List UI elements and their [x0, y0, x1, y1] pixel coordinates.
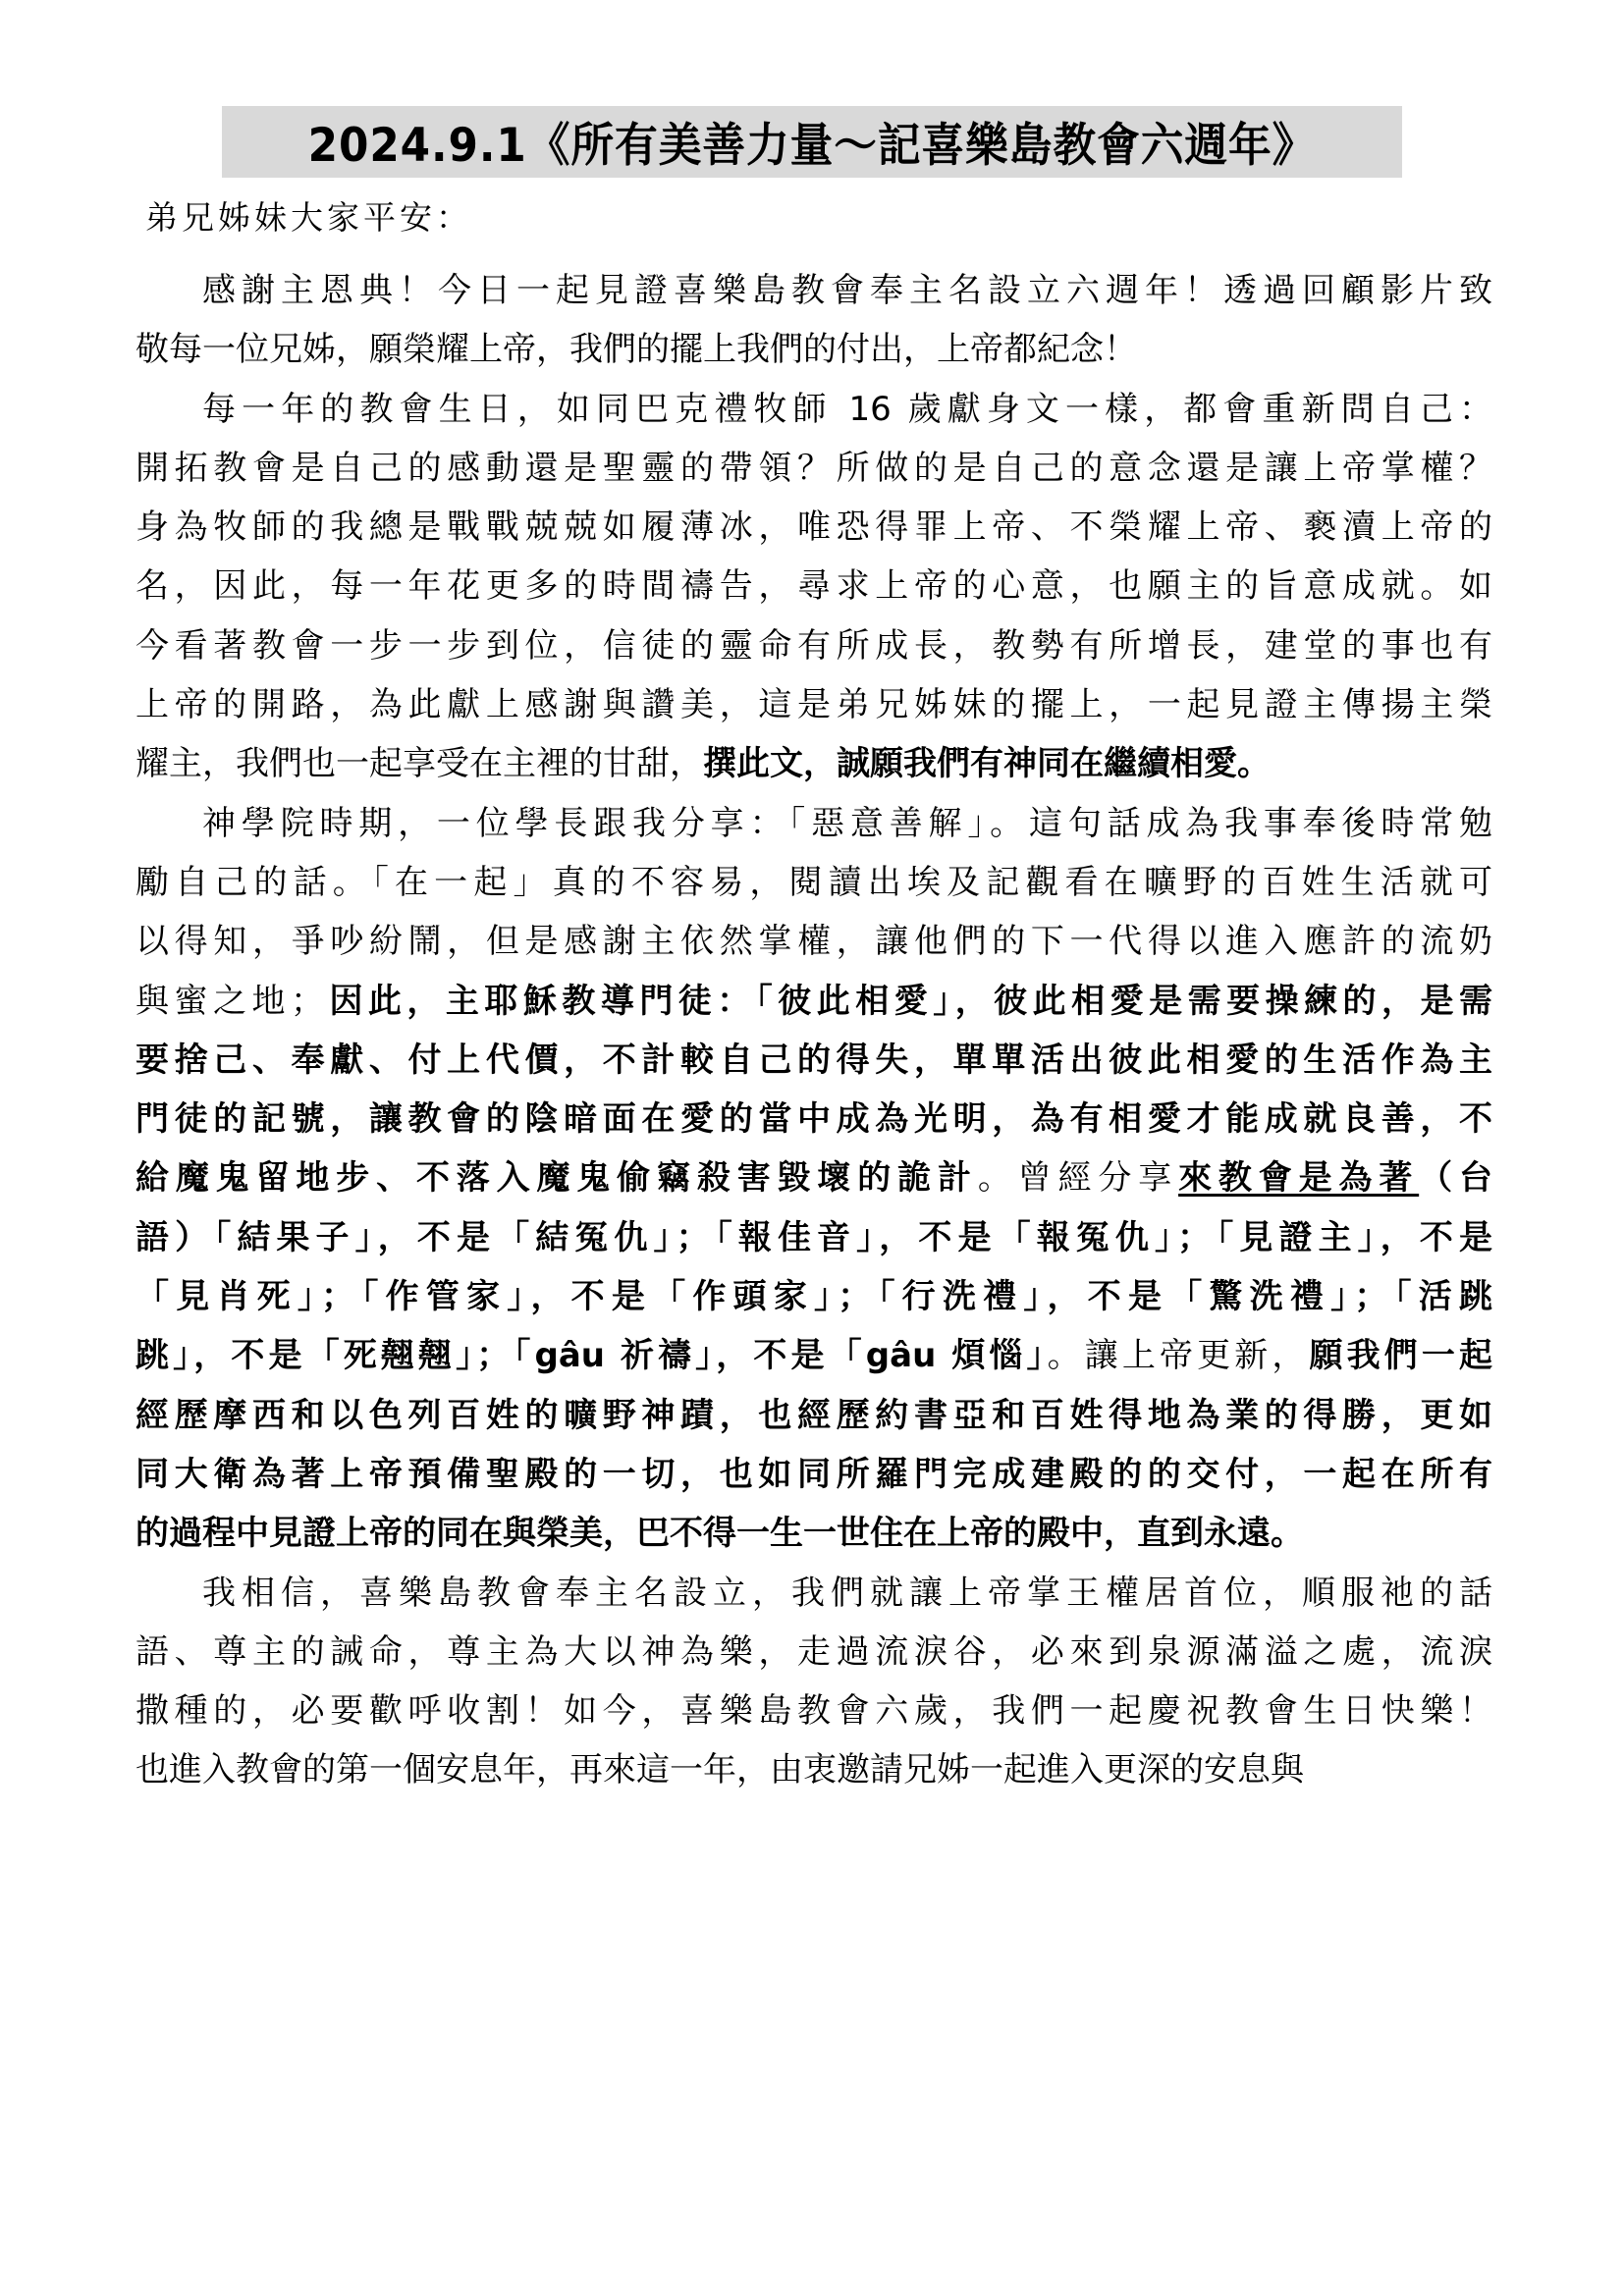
text-run: 開拓教會是自己的感動還是聖靈的帶領？所做的是自己的意念還是讓上帝掌權？ — [135, 449, 1492, 488]
paragraph-3-line: 同大衛為著上帝預備聖殿的一切，也如同所羅門完成建殿的的交付，一起在所有 — [135, 1445, 1492, 1504]
bold-phrase: 願我們一起 — [1310, 1336, 1493, 1375]
bold-phrase: 給魔鬼留地步、不落入魔鬼偷竊殺害毀壞的詭計 — [135, 1158, 978, 1198]
paragraph-3-line: 神學院時期，一位學長跟我分享：「惡意善解」。這句話成為我事奉後時常勉 — [135, 794, 1492, 853]
bold-phrase: 「見肖死」；「作管家」，不是「作頭家」；「行洗禮」，不是「驚洗禮」；「活跳 — [135, 1277, 1492, 1316]
greeting-line: 弟兄姊妹大家平安： — [145, 192, 472, 239]
paragraph-2-line: 名，因此，每一年花更多的時間禱告，尋求上帝的心意，也願主的旨意成就。如 — [135, 557, 1492, 615]
text-run: 撒種的，必要歡呼收割！如今，喜樂島教會六歲，我們一起慶祝教會生日快樂！ — [135, 1691, 1492, 1731]
bold-phrase: （台 — [1419, 1158, 1492, 1198]
text-run: 。曾經分享 — [978, 1158, 1178, 1198]
text-run: 也進入教會的第一個安息年，再來這一年，由衷邀請兄姊一起進入更深的安息與 — [135, 1750, 1304, 1789]
text-run: 與蜜之地； — [135, 982, 324, 1021]
paragraph-3-line: 「見肖死」；「作管家」，不是「作頭家」；「行洗禮」，不是「驚洗禮」；「活跳 — [135, 1267, 1492, 1326]
bold-phrase: 跳」，不是「死翹翹」；「gâu 祈禱」，不是「gâu 煩惱」 — [135, 1336, 1048, 1375]
paragraph-3-line: 給魔鬼留地步、不落入魔鬼偷竊殺害毀壞的詭計。曾經分享來教會是為著（台 — [135, 1148, 1492, 1207]
text-run: 敬每一位兄姊，願榮耀上帝，我們的擺上我們的付出，上帝都紀念！ — [135, 330, 1137, 369]
bold-phrase: 要捨己、奉獻、付上代價，不計較自己的得失，單單活出彼此相愛的生活作為主 — [135, 1041, 1492, 1080]
bold-phrase: 語）「結果子」，不是「結冤仇」；「報佳音」，不是「報冤仇」；「見證主」，不是 — [135, 1218, 1492, 1257]
bold-phrase: 經歷摩西和以色列百姓的曠野神蹟，也經歷約書亞和百姓得地為業的得勝，更如 — [135, 1396, 1492, 1435]
text-run: 每一年的教會生日，如同巴克禮牧師 16 歲獻身文一樣，都會重新問自己： — [202, 390, 1492, 429]
bold-phrase: 同大衛為著上帝預備聖殿的一切，也如同所羅門完成建殿的的交付，一起在所有 — [135, 1455, 1492, 1494]
paragraph-3-line: 勵自己的話。「在一起」真的不容易，閱讀出埃及記觀看在曠野的百姓生活就可 — [135, 853, 1492, 912]
text-run: 上帝的開路，為此獻上感謝與讚美，這是弟兄姊妹的擺上，一起見證主傳揚主榮 — [135, 685, 1492, 724]
paragraph-4-line: 撒種的，必要歡呼收割！如今，喜樂島教會六歲，我們一起慶祝教會生日快樂！ — [135, 1682, 1492, 1740]
underlined-phrase: 來教會是為著 — [1178, 1158, 1419, 1198]
paragraph-2-line: 每一年的教會生日，如同巴克禮牧師 16 歲獻身文一樣，都會重新問自己： — [135, 380, 1492, 439]
text-run: 感謝主恩典！今日一起見證喜樂島教會奉主名設立六週年！透過回顧影片致 — [202, 271, 1492, 310]
paragraph-3-line: 的過程中見證上帝的同在與榮美，巴不得一生一世住在上帝的殿中，直到永遠。 — [135, 1504, 1492, 1563]
text-run: 。讓上帝更新， — [1048, 1336, 1310, 1375]
bold-phrase: 撰此文，誠願我們有神同在繼續相愛。 — [703, 744, 1271, 783]
paragraph-3-line: 門徒的記號，讓教會的陰暗面在愛的當中成為光明，為有相愛才能成就良善，不 — [135, 1090, 1492, 1148]
bold-phrase: 的過程中見證上帝的同在與榮美，巴不得一生一世住在上帝的殿中，直到永遠。 — [135, 1514, 1304, 1553]
document-page: 2024.9.1《所有美善力量～記喜樂島教會六週年》 弟兄姊妹大家平安： 感謝主… — [0, 0, 1624, 2296]
paragraph-1-line: 感謝主恩典！今日一起見證喜樂島教會奉主名設立六週年！透過回顧影片致 — [135, 261, 1492, 320]
text-run: 勵自己的話。「在一起」真的不容易，閱讀出埃及記觀看在曠野的百姓生活就可 — [135, 863, 1492, 902]
paragraph-4-line: 也進入教會的第一個安息年，再來這一年，由衷邀請兄姊一起進入更深的安息與 — [135, 1740, 1492, 1799]
paragraph-2-line: 今看著教會一步一步到位，信徒的靈命有所成長，教勢有所增長，建堂的事也有 — [135, 616, 1492, 675]
title-banner: 2024.9.1《所有美善力量～記喜樂島教會六週年》 — [222, 106, 1402, 178]
text-run: 神學院時期，一位學長跟我分享：「惡意善解」。這句話成為我事奉後時常勉 — [202, 804, 1492, 843]
paragraph-4-line: 我相信，喜樂島教會奉主名設立，我們就讓上帝掌王權居首位，順服祂的話 — [135, 1564, 1492, 1623]
text-run: 語、尊主的誡命，尊主為大以神為樂，走過流淚谷，必來到泉源滿溢之處，流淚 — [135, 1632, 1492, 1672]
article-body: 感謝主恩典！今日一起見證喜樂島教會奉主名設立六週年！透過回顧影片致敬每一位兄姊，… — [135, 261, 1492, 1800]
paragraph-3-line: 以得知，爭吵紛鬧，但是感謝主依然掌權，讓他們的下一代得以進入應許的流奶 — [135, 912, 1492, 971]
document-title: 2024.9.1《所有美善力量～記喜樂島教會六週年》 — [308, 109, 1317, 175]
paragraph-3-line: 語）「結果子」，不是「結冤仇」；「報佳音」，不是「報冤仇」；「見證主」，不是 — [135, 1208, 1492, 1267]
text-run: 以得知，爭吵紛鬧，但是感謝主依然掌權，讓他們的下一代得以進入應許的流奶 — [135, 922, 1492, 961]
paragraph-2-line: 身為牧師的我總是戰戰兢兢如履薄冰，唯恐得罪上帝、不榮耀上帝、褻瀆上帝的 — [135, 498, 1492, 557]
bold-phrase: 門徒的記號，讓教會的陰暗面在愛的當中成為光明，為有相愛才能成就良善，不 — [135, 1099, 1492, 1139]
paragraph-3-line: 跳」，不是「死翹翹」；「gâu 祈禱」，不是「gâu 煩惱」。讓上帝更新，願我們… — [135, 1326, 1492, 1385]
text-run: 今看著教會一步一步到位，信徒的靈命有所成長，教勢有所增長，建堂的事也有 — [135, 626, 1492, 666]
paragraph-2-line: 開拓教會是自己的感動還是聖靈的帶領？所做的是自己的意念還是讓上帝掌權？ — [135, 439, 1492, 498]
paragraph-2-line: 上帝的開路，為此獻上感謝與讚美，這是弟兄姊妹的擺上，一起見證主傳揚主榮 — [135, 675, 1492, 734]
text-run: 我相信，喜樂島教會奉主名設立，我們就讓上帝掌王權居首位，順服祂的話 — [202, 1574, 1492, 1613]
paragraph-4-line: 語、尊主的誡命，尊主為大以神為樂，走過流淚谷，必來到泉源滿溢之處，流淚 — [135, 1623, 1492, 1682]
paragraph-2-line: 耀主，我們也一起享受在主裡的甘甜，撰此文，誠願我們有神同在繼續相愛。 — [135, 734, 1492, 793]
bold-phrase: 因此，主耶穌教導門徒：「彼此相愛」，彼此相愛是需要操練的，是需 — [324, 982, 1492, 1021]
paragraph-3-line: 與蜜之地；因此，主耶穌教導門徒：「彼此相愛」，彼此相愛是需要操練的，是需 — [135, 972, 1492, 1031]
text-run: 名，因此，每一年花更多的時間禱告，尋求上帝的心意，也願主的旨意成就。如 — [135, 566, 1492, 606]
text-run: 身為牧師的我總是戰戰兢兢如履薄冰，唯恐得罪上帝、不榮耀上帝、褻瀆上帝的 — [135, 507, 1492, 547]
text-run: 耀主，我們也一起享受在主裡的甘甜， — [135, 744, 703, 783]
paragraph-3-line: 經歷摩西和以色列百姓的曠野神蹟，也經歷約書亞和百姓得地為業的得勝，更如 — [135, 1386, 1492, 1445]
paragraph-1-line: 敬每一位兄姊，願榮耀上帝，我們的擺上我們的付出，上帝都紀念！ — [135, 320, 1492, 379]
paragraph-3-line: 要捨己、奉獻、付上代價，不計較自己的得失，單單活出彼此相愛的生活作為主 — [135, 1031, 1492, 1090]
